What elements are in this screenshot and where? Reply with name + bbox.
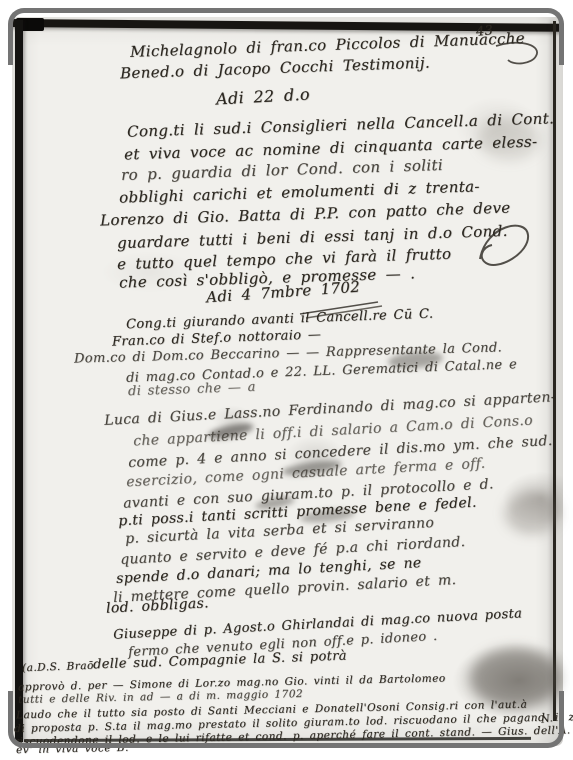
handwriting-layer: 43 Michelagnolo di fran.co Piccolos di M… [0,0,573,760]
margin-mark: N. [540,713,553,726]
footer-note-line: ev' in viva voce B. [16,742,129,756]
attendee-line: di stesso che — a [128,380,256,399]
section-heading: Adi 22 d.o [216,85,311,109]
header-swash [492,40,544,70]
footer-note-line: (a.D.S. Braō [22,660,94,675]
manuscript-header-line: Michelagnolo di fran.co Piccolos di Manu… [130,29,525,61]
scanned-manuscript-view: 43 Michelagnolo di fran.co Piccolos di M… [0,0,573,760]
date-underline-flourish [298,300,384,318]
paragraph-end-flourish [468,215,540,277]
